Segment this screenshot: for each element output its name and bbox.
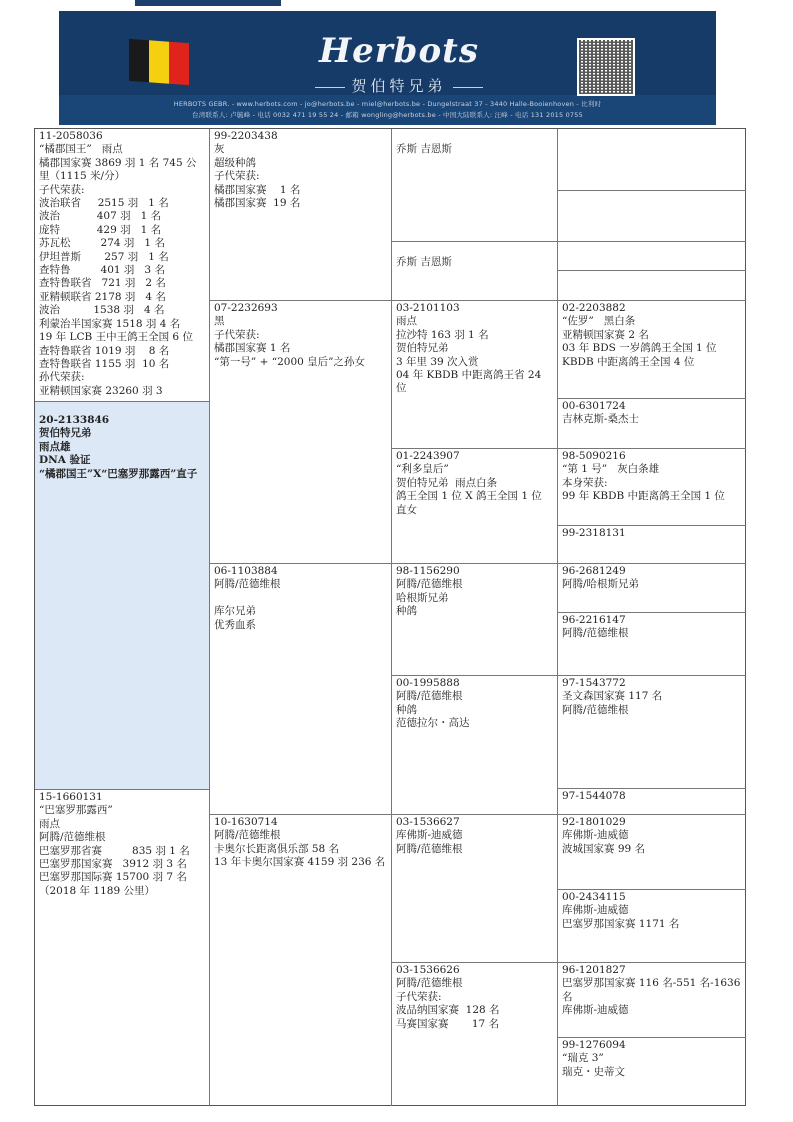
cell-text-line: 10-1630714: [214, 816, 387, 829]
cell-text-line: 96-1201827: [562, 964, 742, 977]
cell-text-line: 阿腾/范德维根: [396, 977, 553, 990]
cell-text-line: 96-2681249: [562, 565, 742, 578]
cell-text-line: 03-2101103: [396, 302, 553, 315]
cell-text-line: 贺伯特兄弟: [396, 342, 553, 355]
cell-text-line: 鸽王全国 1 位 X 鸽王全国 1 位 直女: [396, 490, 553, 517]
cell-text-line: 子代荣获:: [39, 184, 205, 197]
gg-grandparent-cell: 96-2216147阿腾/范德维根: [558, 613, 746, 676]
cell-text-line: 拉沙特 163 羽 1 名: [396, 329, 553, 342]
cell-text-line: 巴塞罗那国家赛 116 名-551 名-1636 名: [562, 977, 742, 1004]
gg-grandparent-cell: [558, 242, 746, 271]
cell-text-line: 子代荣获:: [396, 991, 553, 1004]
cell-text-line: 11-2058036: [39, 130, 205, 143]
cell-text-line: [562, 272, 742, 285]
cell-text-line: “巴塞罗那露西”: [39, 804, 205, 817]
cell-text-line: “第一号” + “2000 皇后”之孙女: [214, 356, 387, 369]
cell-text-line: 雨点: [39, 818, 205, 831]
cell-text-line: 波治 1538 羽 4 名: [39, 304, 205, 317]
gg-grandparent-cell: 96-1201827巴塞罗那国家赛 116 名-551 名-1636 名库佛斯-…: [558, 963, 746, 1038]
cell-text-line: 黑: [214, 315, 387, 328]
cell-text-line: 92-1801029: [562, 816, 742, 829]
great-grandparent-cell: 03-2101103雨点拉沙特 163 羽 1 名贺伯特兄弟3 年里 39 次入…: [392, 301, 558, 449]
cell-text-line: 利蒙治半国家赛 1518 羽 4 名: [39, 318, 205, 331]
cell-text-line: 亚精顿国家赛 23260 羽 3: [39, 385, 205, 398]
cell-text-line: 07-2232693: [214, 302, 387, 315]
cell-text-line: 范德拉尔・高达: [396, 717, 553, 730]
cell-text-line: 阿腾/范德维根: [214, 578, 387, 591]
cell-text-line: 贺伯特兄弟: [39, 427, 205, 440]
cell-text-line: 种鸽: [396, 704, 553, 717]
cell-text-line: 查特鲁联省 1019 羽 8 名: [39, 345, 205, 358]
cell-text-line: 卡奥尔长距离俱乐部 58 名: [214, 843, 387, 856]
great-grandparent-cell: 03-1536627库佛斯-迪威德阿腾/范德维根: [392, 815, 558, 963]
pedigree-table: 11-2058036“橘郡国王” 雨点橘郡国家赛 3869 羽 1 名 745 …: [34, 128, 746, 1106]
cell-text-line: “第 1 号” 灰白条雄: [562, 463, 742, 476]
cell-text-line: DNA 验证: [39, 454, 205, 467]
cell-text-line: 巴塞罗那国际赛 15700 羽 7 名: [39, 871, 205, 884]
cell-text-line: 超级种鸽: [214, 157, 387, 170]
great-grandparent-cell: 03-1536626阿腾/范德维根子代荣获:波品纳国家赛 128 名马赛国家赛 …: [392, 963, 558, 1106]
cell-text-line: 波城国家赛 99 名: [562, 843, 742, 856]
cell-text-line: 阿腾/范德维根: [214, 829, 387, 842]
grandparent-cell: 06-1103884阿腾/范德维根 库尔兄弟优秀血系: [210, 564, 392, 815]
cell-text-line: 06-1103884: [214, 565, 387, 578]
gg-grandparent-cell: 00-2434115库佛斯-迪威德巴塞罗那国家赛 1171 名: [558, 890, 746, 963]
top-decorative-strip: [135, 0, 281, 6]
gg-grandparent-cell: [558, 129, 746, 191]
cell-text-line: 孙代荣获:: [39, 371, 205, 384]
cell-text-line: 库尔兄弟: [214, 605, 387, 618]
cell-text-line: [562, 192, 742, 205]
cell-text-line: 97-1543772: [562, 677, 742, 690]
cell-text-line: [562, 243, 742, 256]
gg-grandparent-cell: 97-1544078: [558, 789, 746, 815]
cell-text-line: KBDB 中距离鸽王全国 4 位: [562, 356, 742, 369]
cell-text-line: 03-1536627: [396, 816, 553, 829]
cell-text-line: 种鸽: [396, 605, 553, 618]
gg-grandparent-cell: 99-1276094“瑞克 3”瑞克・史蒂文: [558, 1038, 746, 1106]
cell-text-line: 99-1276094: [562, 1039, 742, 1052]
cell-text-line: 乔斯 吉恩斯: [396, 143, 553, 156]
great-grandparent-cell: 01-2243907“利多皇后”贺伯特兄弟 雨点白条鸽王全国 1 位 X 鸽王全…: [392, 449, 558, 564]
cell-text-line: 查特鲁联省 721 羽 2 名: [39, 277, 205, 290]
cell-text-line: 02-2203882: [562, 302, 742, 315]
cell-text-line: 雨点雄: [39, 441, 205, 454]
cell-text-line: 橘郡国家赛 1 名: [214, 184, 387, 197]
cell-text-line: 04 年 KBDB 中距离鸽王省 24 位: [396, 369, 553, 396]
cell-text-line: 瑞克・史蒂文: [562, 1066, 742, 1079]
dam-cell: 15-1660131“巴塞罗那露西”雨点阿腾/范德维根巴塞罗那省赛 835 羽 …: [35, 790, 210, 1106]
cell-text-line: 马赛国家赛 17 名: [396, 1018, 553, 1031]
cell-text-line: 查特鲁 401 羽 3 名: [39, 264, 205, 277]
cell-text-line: 3 年里 39 次入赏: [396, 356, 553, 369]
grandparent-cell: 99-2203438灰超级种鸽子代荣获:橘郡国家赛 1 名橘郡国家赛 19 名: [210, 129, 392, 301]
cell-text-line: 巴塞罗那国家赛 1171 名: [562, 918, 742, 931]
gg-grandparent-cell: 99-2318131: [558, 526, 746, 564]
cell-text-line: 库佛斯-迪威德: [562, 1004, 742, 1017]
cell-text-line: 圣文森国家赛 117 名: [562, 690, 742, 703]
cell-text-line: 亚精顿国家赛 2 名: [562, 329, 742, 342]
cell-text-line: 阿腾/范德维根: [39, 831, 205, 844]
brand-logo: Herbots: [299, 31, 499, 71]
cell-text-line: “橘郡国王”X“巴塞罗那露西”直子: [39, 468, 205, 481]
cell-text-line: 巴塞罗那国家赛 3912 羽 3 名: [39, 858, 205, 871]
cell-text-line: 01-2243907: [396, 450, 553, 463]
cell-text-line: 阿腾/哈根斯兄弟: [562, 578, 742, 591]
cell-text-line: “佐罗” 黑白条: [562, 315, 742, 328]
cell-text-line: 波治 407 羽 1 名: [39, 210, 205, 223]
cell-text-line: 庞特 429 羽 1 名: [39, 224, 205, 237]
gg-grandparent-cell: 97-1543772圣文森国家赛 117 名阿腾/范德维根: [558, 676, 746, 789]
gg-grandparent-cell: 00-6301724吉林克斯-桑杰士: [558, 399, 746, 449]
cell-text-line: 吉林克斯-桑杰士: [562, 413, 742, 426]
gg-grandparent-cell: [558, 191, 746, 242]
great-grandparent-cell: 乔斯 吉恩斯: [392, 242, 558, 301]
cell-text-line: 15-1660131: [39, 791, 205, 804]
cell-text-line: 20-2133846: [39, 414, 205, 427]
cell-text-line: 橘郡国家赛 1 名: [214, 342, 387, 355]
cell-text-line: 乔斯 吉恩斯: [396, 256, 553, 269]
cell-text-line: 13 年卡奥尔国家赛 4159 羽 236 名: [214, 856, 387, 869]
cell-text-line: 哈根斯兄弟: [396, 592, 553, 605]
cell-text-line: 99-2318131: [562, 527, 742, 540]
cell-text-line: [562, 130, 742, 143]
gg-grandparent-cell: 98-5090216“第 1 号” 灰白条雄本身荣获:99 年 KBDB 中距离…: [558, 449, 746, 526]
cell-text-line: 19 年 LCB 王中王鸽王全国 6 位: [39, 331, 205, 344]
herbots-banner: Herbots 贺伯特兄弟 HERBOTS GEBR. - www.herbot…: [59, 11, 716, 125]
cell-text-line: 灰: [214, 143, 387, 156]
cell-text-line: “瑞克 3”: [562, 1052, 742, 1065]
cell-text-line: 库佛斯-迪威德: [396, 829, 553, 842]
cell-text-line: 阿腾/范德维根: [562, 704, 742, 717]
cell-text-line: 雨点: [396, 315, 553, 328]
cell-text-line: 伊坦普斯 257 羽 1 名: [39, 251, 205, 264]
cell-text-line: 03 年 BDS 一岁鸽鸽王全国 1 位: [562, 342, 742, 355]
gg-grandparent-cell: 02-2203882“佐罗” 黑白条亚精顿国家赛 2 名03 年 BDS 一岁鸽…: [558, 301, 746, 399]
cell-text-line: 橘郡国家赛 3869 羽 1 名 745 公里（1115 米/分）: [39, 157, 205, 184]
great-grandparent-cell: 00-1995888阿腾/范德维根种鸽范德拉尔・高达: [392, 676, 558, 815]
cell-text-line: 苏瓦松 274 羽 1 名: [39, 237, 205, 250]
contact-line-2: 台湾联系人: 卢毓峰 - 电话 0032 471 19 55 24 - 邮箱 w…: [59, 110, 716, 119]
sire-cell: 11-2058036“橘郡国王” 雨点橘郡国家赛 3869 羽 1 名 745 …: [35, 129, 210, 402]
cell-text-line: 子代荣获:: [214, 329, 387, 342]
cell-text-line: 阿腾/范德维根: [562, 627, 742, 640]
belgian-flag-icon: [129, 39, 189, 85]
cell-text-line: 子代荣获:: [214, 170, 387, 183]
cell-text-line: 阿腾/范德维根: [396, 690, 553, 703]
cell-text-line: 库佛斯-迪威德: [562, 829, 742, 842]
cell-text-line: 96-2216147: [562, 614, 742, 627]
cell-text-line: 本身荣获:: [562, 477, 742, 490]
qr-code-icon: [577, 38, 635, 96]
cell-text-line: 亚精顿联省 2178 羽 4 名: [39, 291, 205, 304]
subject-cell: 20-2133846贺伯特兄弟雨点雄DNA 验证“橘郡国王”X“巴塞罗那露西”直…: [35, 402, 210, 790]
cell-text-line: 00-1995888: [396, 677, 553, 690]
grandparent-cell: 10-1630714阿腾/范德维根卡奥尔长距离俱乐部 58 名13 年卡奥尔国家…: [210, 815, 392, 1106]
contact-line-1: HERBOTS GEBR. - www.herbots.com - jo@her…: [59, 99, 716, 108]
gg-grandparent-cell: 92-1801029库佛斯-迪威德波城国家赛 99 名: [558, 815, 746, 890]
cell-text-line: 03-1536626: [396, 964, 553, 977]
cell-text-line: 00-2434115: [562, 891, 742, 904]
cell-text-line: 阿腾/范德维根: [396, 578, 553, 591]
cell-text-line: 99-2203438: [214, 130, 387, 143]
cell-text-line: 99 年 KBDB 中距离鸽王全国 1 位: [562, 490, 742, 503]
cell-text-line: 查特鲁联省 1155 羽 10 名: [39, 358, 205, 371]
cell-text-line: “利多皇后”: [396, 463, 553, 476]
cell-text-line: 波治联省 2515 羽 1 名: [39, 197, 205, 210]
cell-text-line: 库佛斯-迪威德: [562, 904, 742, 917]
great-grandparent-cell: 乔斯 吉恩斯: [392, 129, 558, 242]
gg-grandparent-cell: 96-2681249阿腾/哈根斯兄弟: [558, 564, 746, 613]
cell-text-line: 橘郡国家赛 19 名: [214, 197, 387, 210]
grandparent-cell: 07-2232693黑子代荣获:橘郡国家赛 1 名“第一号” + “2000 皇…: [210, 301, 392, 564]
cell-text-line: 波品纳国家赛 128 名: [396, 1004, 553, 1017]
cell-text-line: 97-1544078: [562, 790, 742, 803]
great-grandparent-cell: 98-1156290阿腾/范德维根哈根斯兄弟种鸽: [392, 564, 558, 676]
cell-text-line: 98-5090216: [562, 450, 742, 463]
cell-text-line: “橘郡国王” 雨点: [39, 143, 205, 156]
cell-text-line: 98-1156290: [396, 565, 553, 578]
cell-text-line: [214, 592, 387, 605]
cell-text-line: 贺伯特兄弟 雨点白条: [396, 477, 553, 490]
cell-text-line: 阿腾/范德维根: [396, 843, 553, 856]
gg-grandparent-cell: [558, 271, 746, 301]
cell-text-line: 巴塞罗那省赛 835 羽 1 名: [39, 845, 205, 858]
cell-text-line: 00-6301724: [562, 400, 742, 413]
cell-text-line: 优秀血系: [214, 619, 387, 632]
cell-text-line: （2018 年 1189 公里）: [39, 885, 205, 898]
brand-subtitle: 贺伯特兄弟: [284, 75, 514, 96]
